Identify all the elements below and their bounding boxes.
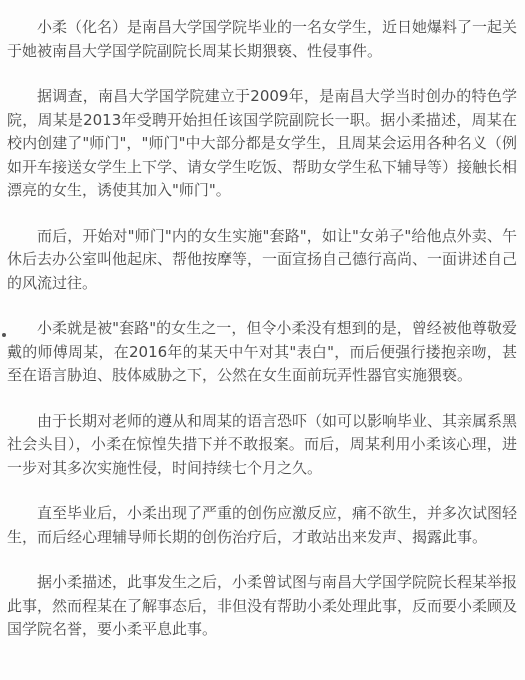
paragraph-victim: 小柔就是被"套路"的女生之一，但令小柔没有想到的是，曾经被他尊敬爱戴的师傅周某，…	[7, 317, 517, 388]
bullet-dot-icon	[2, 333, 6, 337]
paragraph-aftermath: 直至毕业后，小柔出现了严重的创伤应激反应，痛不欲生，并多次试图轻生，而后经心理辅…	[7, 502, 517, 549]
paragraph-tactics: 而后，开始对"师门"内的女生实施"套路"，如让"女弟子"给他点外卖、午休后去办公…	[7, 225, 517, 296]
paragraph-threats: 由于长期对老师的遵从和周某的语言恐吓（如可以影响毕业、其亲属系黑社会头目），小柔…	[7, 410, 517, 481]
article-body: 小柔（化名）是南昌大学国学院毕业的一名女学生，近日她爆料了一起关于她被南昌大学国…	[0, 0, 525, 642]
paragraph-intro: 小柔（化名）是南昌大学国学院毕业的一名女学生，近日她爆料了一起关于她被南昌大学国…	[7, 16, 517, 63]
paragraph-report: 据小柔描述，此事发生之后，小柔曾试图与南昌大学国学院院长程某举报此事，然而程某在…	[7, 571, 517, 642]
paragraph-investigation: 据调查，南昌大学国学院建立于2009年，是南昌大学当时创办的特色学院，周某是20…	[7, 85, 517, 203]
